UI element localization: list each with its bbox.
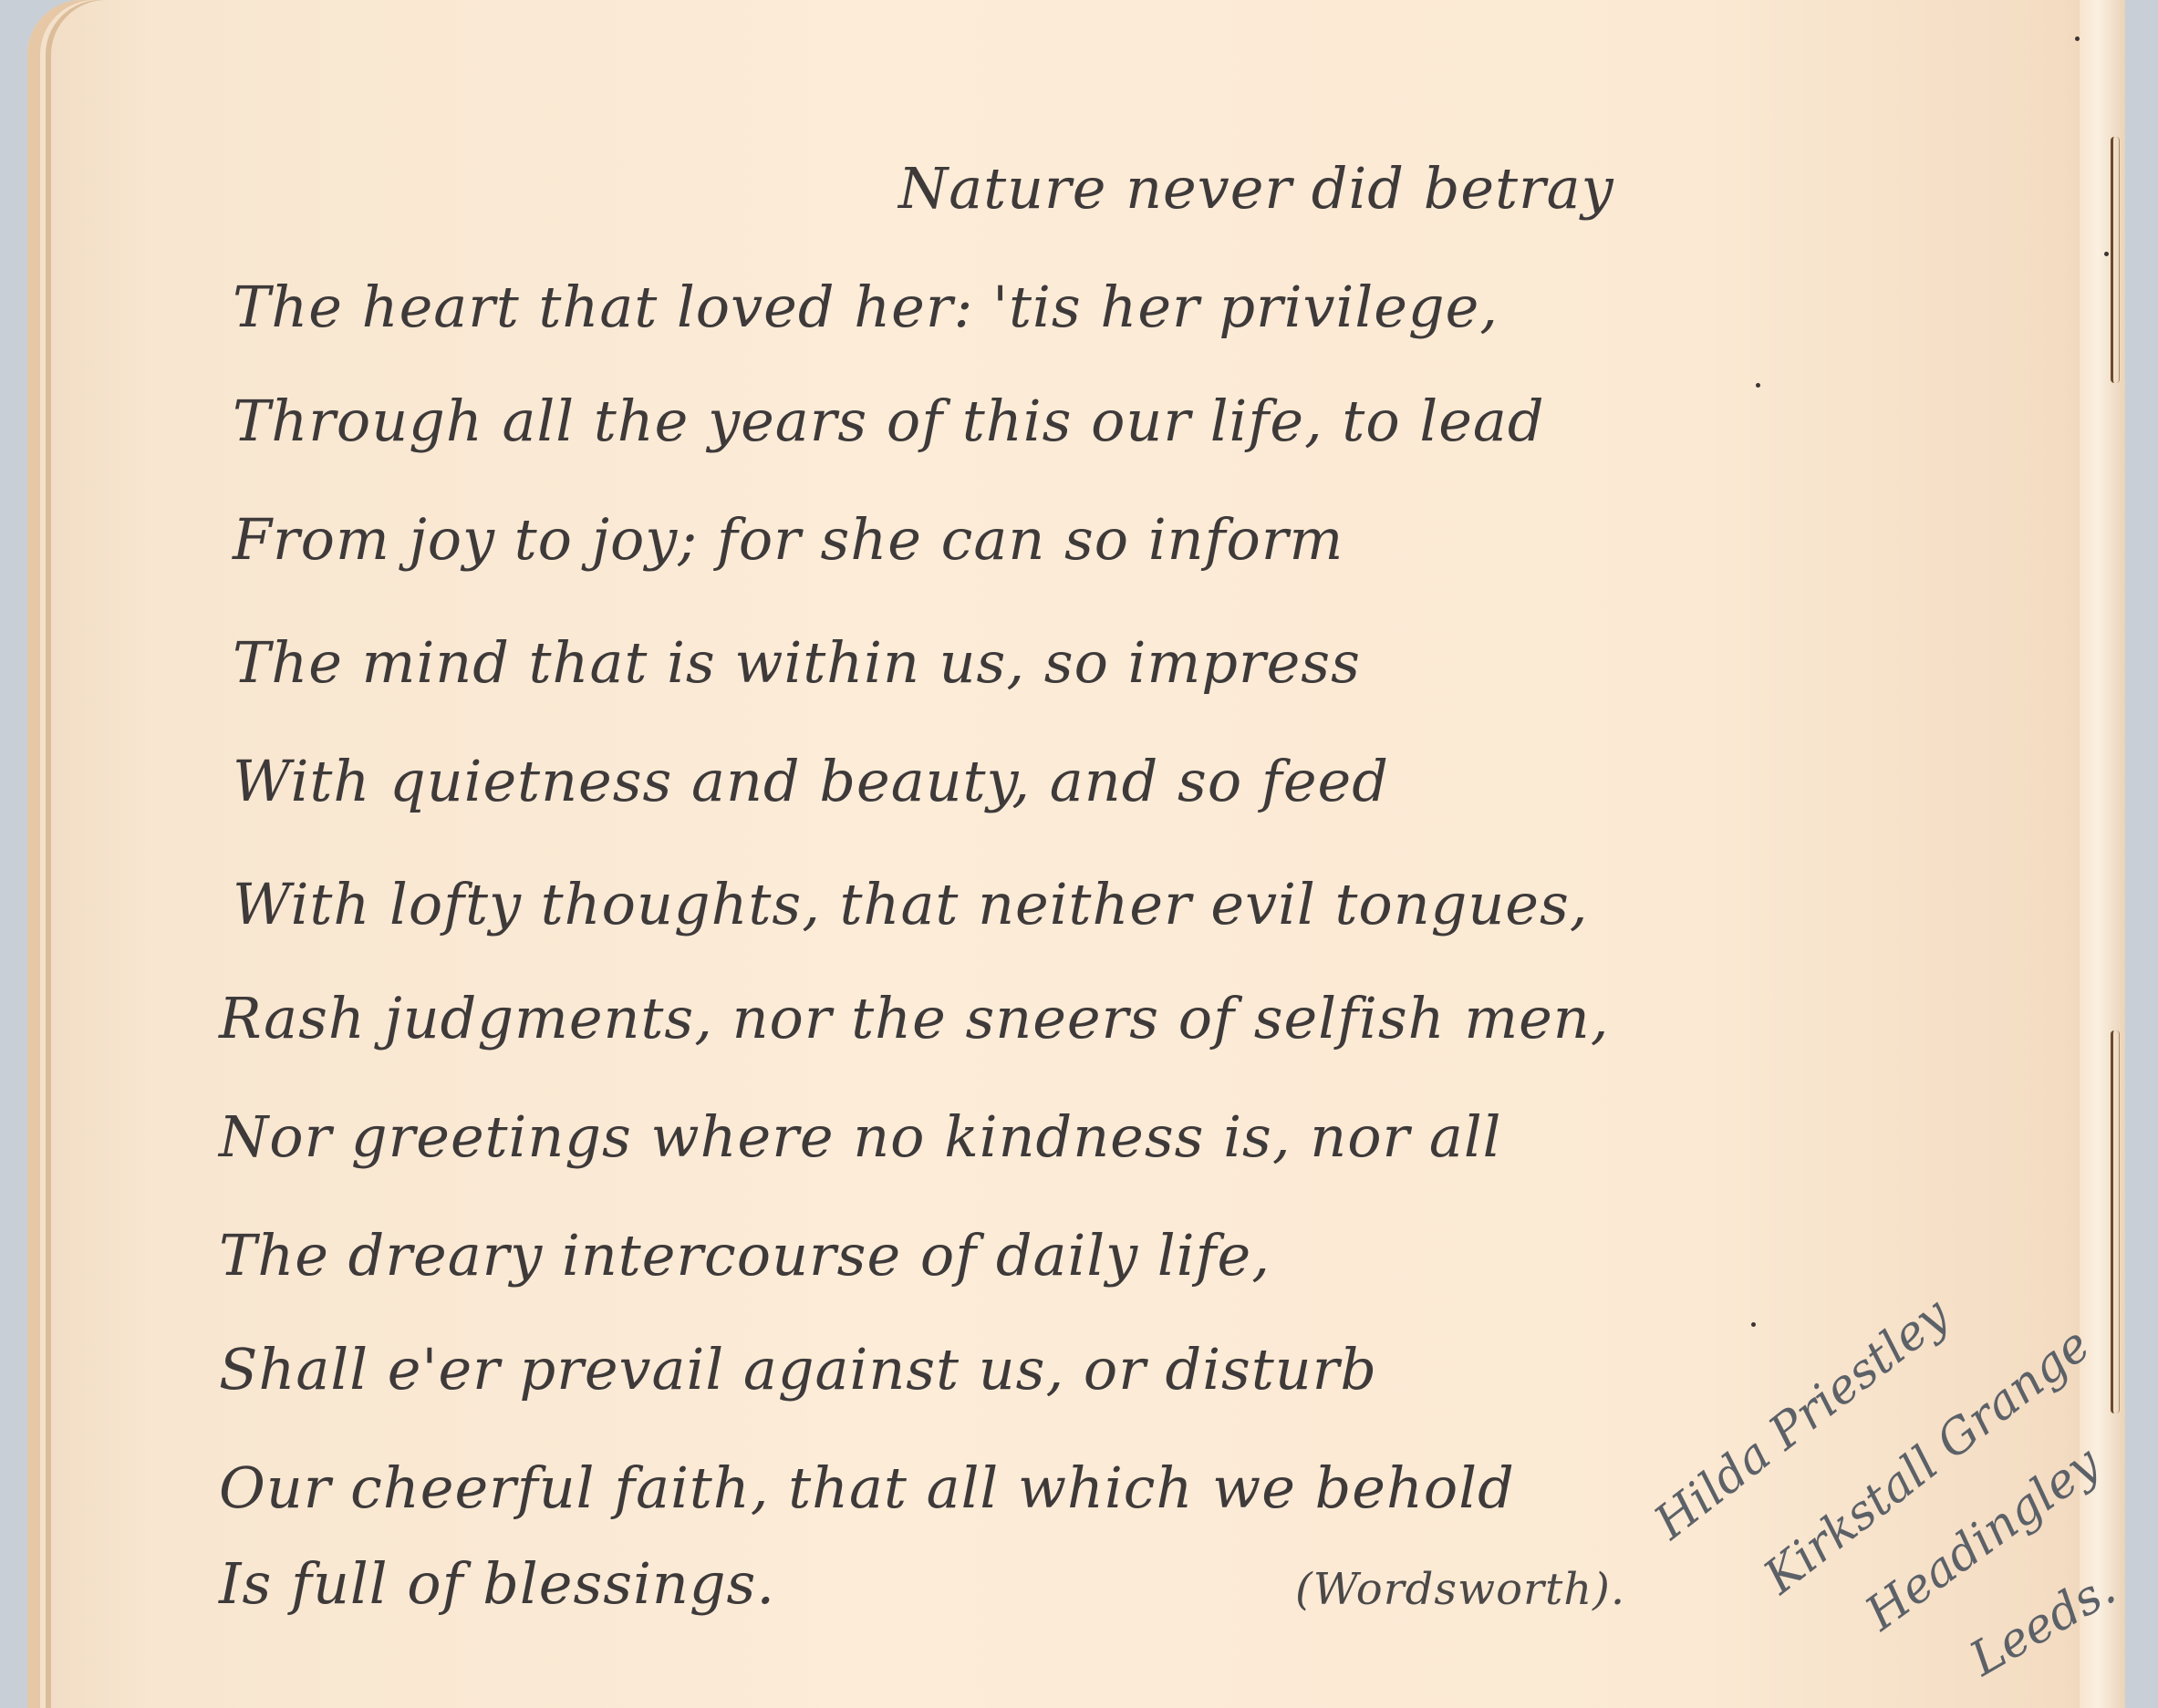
poem-line: Our cheerful faith, that all which we be… [219, 1454, 1515, 1521]
paper-speck [1751, 1322, 1756, 1327]
poem-heading-line: Nature never did betray [898, 155, 1614, 222]
poem-line: Through all the years of this our life, … [233, 388, 1545, 454]
poem-line: The dreary intercourse of daily life, [219, 1222, 1271, 1289]
paper-speck [1756, 383, 1760, 388]
poem-line: With quietness and beauty, and so feed [233, 748, 1389, 814]
poem-line: With lofty thoughts, that neither evil t… [233, 871, 1589, 937]
poem-line: The heart that loved her: 'tis her privi… [233, 274, 1499, 340]
binding-stitch [2111, 137, 2120, 383]
poem-attribution: (Wordsworth). [1295, 1564, 1625, 1615]
poem-line: From joy to joy; for she can so inform [233, 506, 1344, 573]
paper-speck [2104, 252, 2109, 256]
poem-line: Rash judgments, nor the sneers of selfis… [219, 985, 1609, 1051]
album-page: Nature never did betray The heart that l… [27, 0, 2125, 1708]
signature-name: Hilda Priestley [1644, 1288, 1959, 1550]
paper-speck [2075, 36, 2080, 41]
poem-line: Shall e'er prevail against us, or distur… [219, 1336, 1377, 1403]
poem-line: The mind that is within us, so impress [233, 629, 1361, 696]
poem-line: Is full of blessings. [219, 1550, 775, 1617]
poem-line: Nor greetings where no kindness is, nor … [219, 1103, 1502, 1170]
binding-stitch [2111, 1030, 2120, 1413]
